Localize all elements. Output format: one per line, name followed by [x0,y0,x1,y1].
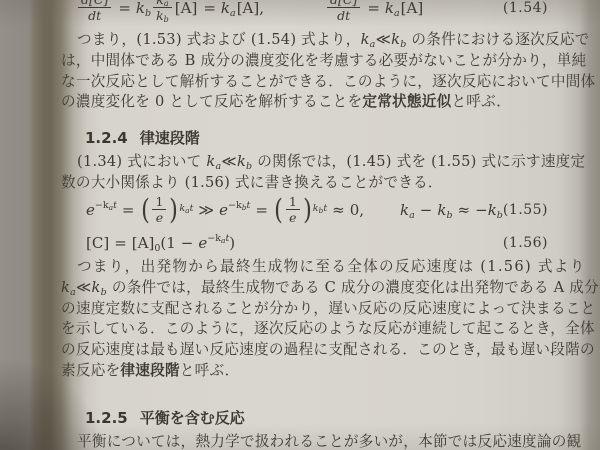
key-term-steady-state: 定常状態近似 [362,93,451,110]
math-token: b [446,210,452,221]
section-number: 1.2.4 [85,129,128,147]
math-token: e [219,201,228,219]
math-token: [A] [401,0,424,17]
math-token: −k [207,233,221,244]
text-line: な一次反応として解析することができる．このように，逐次反応において中間体 [61,72,574,93]
math-token: [A], [237,0,264,17]
math-paren-frac: (1e)kat [140,194,194,225]
equation-1-55: e−kat = (1e)kat ≫ e−kbt = (1e)kbt ≈ 0, k… [86,194,548,225]
math-token: ≪ [76,279,92,296]
math-token: k [136,0,145,17]
math-token: e [198,234,207,252]
inline-math-ka-ll-kb: ka≪kb [361,31,407,48]
math-token: k [237,153,246,170]
math-token: [C] [86,234,109,252]
paragraph-rate-determining-step: つまり，出発物から最終生成物に至る全体の反応速度は (1.56) 式より ka≪… [61,257,574,382]
math-token: k [385,0,394,17]
math-token: −k [228,200,242,211]
fraction-dc-dt: d[C] dt [78,0,111,23]
text-segment: の関係では，(1.45) 式を (1.55) 式に示す速度定 [252,153,585,170]
math-token: ≪ [376,31,392,48]
text-line: を示している．このように，逐次反応のような反応が連続して起こるとき，全体 [61,319,574,340]
math-exp-minus-kbt: e−kbt [219,201,250,219]
text-segment: の濃度変化を 0 として反応を解析することを [61,93,362,110]
math-token: 1 [152,194,166,210]
math-token: e [86,201,95,219]
math-token: ≪ [221,153,237,170]
fraction-ka-kb: ka kb [153,0,172,23]
text-line: は，中間体である B 成分の濃度変化を考慮する必要がないことが分かり，単純 [61,51,574,72]
math-token: = [122,201,135,219]
section-number: 1.2.5 [85,409,128,427]
math-token: ) [229,234,235,252]
math-token: ≈ [332,201,345,219]
text-segment: と呼ぶ． [451,93,511,110]
math-token: − [420,201,433,219]
section-title: 律速段階 [140,129,200,147]
math-token: k [488,201,497,219]
math-token: k [92,279,101,296]
math-token: k [391,31,400,48]
text-segment: の条件における逐次反応で [407,31,590,48]
math-token: [A] [175,0,198,17]
math-token: a [230,8,236,19]
section-title: 平衡を含む反応 [140,409,245,427]
math-paren-frac: (1e)kbt [273,194,327,225]
math-token: = [114,234,127,252]
math-kb: kb [136,0,151,17]
math-a0: [A]0 [132,234,161,252]
math-token: d[C] [81,0,108,7]
math-token: k [156,0,164,7]
math-ka-minus-kb: ka−kb≈−kb [400,201,503,219]
text-line: 平衡については，熱力学で扱われることが多いが，本節では反応速度論の観 [61,432,574,450]
math-ka: ka [221,0,236,17]
text-line: の速度定数に支配されることが分かり，遅い反応の反応速度によって決まること [61,299,574,320]
text-segment: つまり，(1.53) 式および (1.54) 式より， [77,31,361,48]
text-line: 素反応を律速段階と呼ぶ． [61,361,574,382]
math-token: t [323,203,327,214]
math-token: − [181,234,194,252]
text-segment: と呼ぶ． [180,362,240,379]
math-token: dt [337,8,350,23]
math-token: = [203,0,216,17]
math-token: e [289,210,296,225]
math-token: = [367,0,380,17]
section-heading-1-2-4: 1.2.4律速段階 [85,127,200,148]
math-token: ≫ [198,201,214,219]
equation-1-54: d[C] dt = kb ka kb [A] = ka [A], d[C] dt… [76,0,548,23]
text-line: の濃度変化を 0 として反応を解析することを定常状態近似と呼ぶ． [61,92,574,113]
paragraph-steady-state: つまり，(1.53) 式および (1.54) 式より，ka≪kb の条件における… [61,30,574,113]
inline-math-ka-ll-kb: ka≪kb [206,153,252,170]
math-token: dt [88,8,101,23]
math-token: t [113,200,117,211]
text-line: つまり，(1.53) 式および (1.54) 式より，ka≪kb の条件における… [61,30,574,51]
math-token: = [118,0,131,17]
text-segment: 素反応を [61,362,120,379]
math-token: − [475,201,488,219]
paragraph-equilibrium-intro: 平衡については，熱力学で扱われることが多いが，本節では反応速度論の観 [61,432,574,450]
math-token: 1 [286,194,300,210]
math-token: b [145,8,151,19]
page-content: d[C] dt = kb ka kb [A] = ka [A], d[C] dt… [0,0,600,450]
math-token: 0, [350,201,364,219]
section-heading-1-2-5: 1.2.5平衡を含む反応 [85,407,245,428]
math-token: k [156,8,164,23]
math-token: a [409,210,415,221]
math-token: 1 [166,234,176,252]
math-token: d[C] [330,0,357,7]
text-segment: (1.34) 式において [77,153,206,170]
equation-number: (1.56) [503,235,548,251]
math-token: k [221,0,230,17]
math-token: [A] [132,234,155,252]
math-token: k [361,31,370,48]
math-token: k [400,201,409,219]
math-token: a [394,8,400,19]
equation-number: (1.54) [503,0,548,16]
math-exp-minus-kat: e−kat [198,234,229,252]
book-page-photo: d[C] dt = kb ka kb [A] = ka [A], d[C] dt… [0,0,600,450]
fraction-dc-dt: d[C] dt [327,0,360,23]
key-term-rate-determining-step: 律速段階 [120,362,179,379]
text-line: ka≪kb の条件では，最終生成物である C 成分の濃度変化は出発物である A … [61,278,574,299]
math-exp-minus-kat: e−kat [86,201,117,219]
math-token: a [164,0,169,8]
math-token: ≈ [458,201,471,219]
math-token: t [190,203,194,214]
math-token: t [247,200,251,211]
math-ka: ka [385,0,400,17]
paragraph-rate-determining-intro: (1.34) 式において ka≪kb の関係では，(1.45) 式を (1.55… [61,152,574,194]
inline-math-ka-ll-kb: ka≪kb [61,279,107,296]
math-token: = [255,201,268,219]
text-line: の反応速度は最も遅い反応速度の過程に支配される．このとき，最も遅い段階の [61,340,574,361]
equation-number: (1.55) [503,202,548,218]
text-line: つまり，出発物から最終生成物に至る全体の反応速度は (1.56) 式より [61,257,574,278]
equation-1-56: [C] = [A]0 ( 1 − e−kat ) (1.56) [86,234,548,252]
text-segment: の条件では，最終生成物である C 成分の濃度変化は出発物である A 成分 [107,279,599,296]
text-line: (1.34) 式において ka≪kb の関係では，(1.45) 式を (1.55… [61,152,574,173]
math-token: k [61,279,70,296]
text-line: 数の大小関係より (1.56) 式に書き換えることができる． [61,173,574,194]
math-token: e [156,210,163,225]
math-token: b [164,15,169,24]
math-token: −k [95,200,109,211]
